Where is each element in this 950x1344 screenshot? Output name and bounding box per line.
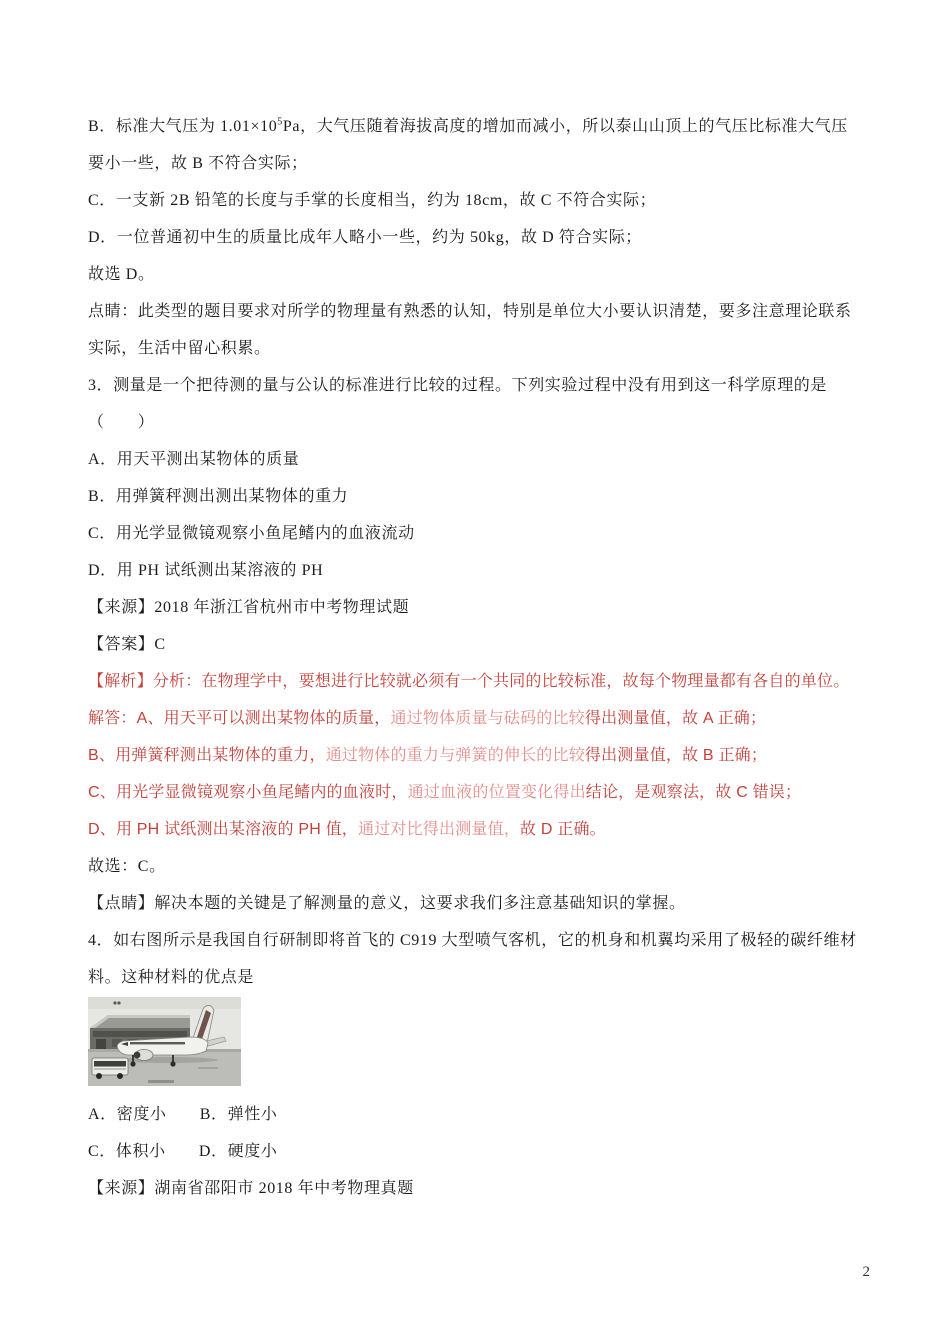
text-line: D．一位普通初中生的质量比成年人略小一些，约为 50kg，故 D 符合实际； [88,219,888,256]
text-line: 4．如右图所示是我国自行研制即将首飞的 C919 大型喷气客机，它的机身和机翼均… [88,922,888,959]
text-segment: 【点睛】解决本题的关键是了解测量的意义，这要求我们多注意基础知识的掌握。 [88,895,686,912]
text-segment: 解答：A、用天平可以测出某物体的质量， [88,710,390,727]
text-segment: A．用天平测出某物体的质量 [88,451,299,468]
c919-airplane-illustration [88,997,241,1086]
text-segment: 4．如右图所示是我国自行研制即将首飞的 C919 大型喷气客机，它的机身和机翼均… [88,932,857,949]
page-number: 2 [863,1264,871,1281]
document-page: B．标准大气压为 1.01×105Pa，大气压随着海拔高度的增加而减小，所以泰山… [0,0,950,1344]
text-line: 实际，生活中留心积累。 [88,330,888,367]
answer-analysis-line: B、用弹簧秤测出某物体的重力，通过物体的重力与弹簧的伸长的比较得出测量值，故 B… [88,737,888,774]
text-line: 故选 D。 [88,256,888,293]
c919-airplane-photo [88,997,241,1086]
text-segment: 要小一些，故 B 不符合实际； [88,155,308,172]
text-segment: 得出测量值，故 A 正确； [585,710,766,727]
text-segment: A．密度小 B．弹性小 [88,1106,277,1123]
text-line: A．用天平测出某物体的质量 [88,441,888,478]
text-line: 料。这种材料的优点是 [88,959,888,996]
text-segment: 【答案】C [88,636,166,653]
text-segment: B．用弹簧秤测出测出某物体的重力 [88,488,348,505]
text-segment: 【解析】分析：在物理学中，要想进行比较就必须有一个共同的比较标准，故每个物理量都… [88,673,849,690]
text-segment: （ ） [88,414,154,431]
text-segment: 结论，是观察法，故 C 错误； [586,784,801,801]
text-line: B．用弹簧秤测出测出某物体的重力 [88,478,888,515]
text-segment: D、用 PH 试纸测出某溶液的 PH 值， [88,821,358,838]
text-segment: C．体积小 D．硬度小 [88,1143,277,1160]
text-segment: C．用光学显微镜观察小鱼尾鳍内的血液流动 [88,525,415,542]
text-line: C．体积小 D．硬度小 [88,1133,888,1170]
text-segment: 【来源】湖南省邵阳市 2018 年中考物理真题 [88,1180,414,1197]
text-segment: C．一支新 2B 铅笔的长度与手掌的长度相当，约为 18cm，故 C 不符合实际… [88,192,656,209]
text-line: 【点睛】解决本题的关键是了解测量的意义，这要求我们多注意基础知识的掌握。 [88,885,888,922]
text-segment: 【来源】2018 年浙江省杭州市中考物理试题 [88,599,409,616]
text-segment: 故 D 正确。 [520,821,606,838]
text-line: A．密度小 B．弹性小 [88,1096,888,1133]
text-segment: 点睛：此类型的题目要求对所学的物理量有熟悉的认知，特别是单位大小要认识清楚，要多… [88,303,852,320]
text-line: C．用光学显微镜观察小鱼尾鳍内的血液流动 [88,515,888,552]
answer-analysis-line: 【解析】分析：在物理学中，要想进行比较就必须有一个共同的比较标准，故每个物理量都… [88,663,888,700]
text-segment: Pa，大气压随着海拔高度的增加而减小，所以泰山山顶上的气压比标准大气压 [283,118,848,135]
text-segment: B．标准大气压为 1.01×10 [88,118,277,135]
text-segment: 故选 D。 [88,266,155,283]
text-block-top: B．标准大气压为 1.01×105Pa，大气压随着海拔高度的增加而减小，所以泰山… [88,108,888,996]
answer-analysis-line: C、用光学显微镜观察小鱼尾鳍内的血液时，通过血液的位置变化得出结论，是观察法，故… [88,774,888,811]
answer-analysis-line: D、用 PH 试纸测出某溶液的 PH 值，通过对比得出测量值，故 D 正确。 [88,811,888,848]
text-segment: 实际，生活中留心积累。 [88,340,271,357]
text-segment: 通过血液的位置变化得出 [408,784,586,801]
text-segment: 得出测量值，故 B 正确； [585,747,767,764]
answer-analysis-line: 解答：A、用天平可以测出某物体的质量，通过物体质量与砝码的比较得出测量值，故 A… [88,700,888,737]
text-line: 故选：C。 [88,848,888,885]
text-line: D．用 PH 试纸测出某溶液的 PH [88,552,888,589]
document-body: B．标准大气压为 1.01×105Pa，大气压随着海拔高度的增加而减小，所以泰山… [88,108,888,1207]
text-line: 点睛：此类型的题目要求对所学的物理量有熟悉的认知，特别是单位大小要认识清楚，要多… [88,293,888,330]
text-segment: 故选：C。 [88,858,166,875]
text-segment: B、用弹簧秤测出某物体的重力， [88,747,326,764]
text-segment: D．用 PH 试纸测出某溶液的 PH [88,562,323,579]
text-segment: D．一位普通初中生的质量比成年人略小一些，约为 50kg，故 D 符合实际； [88,229,642,246]
text-segment: 通过物体的重力与弹簧的伸长的比较 [326,747,585,764]
text-segment: 通过对比得出测量值， [358,821,520,838]
text-line: （ ） [88,404,888,441]
text-line: 【来源】2018 年浙江省杭州市中考物理试题 [88,589,888,626]
text-line: C．一支新 2B 铅笔的长度与手掌的长度相当，约为 18cm，故 C 不符合实际… [88,182,888,219]
text-segment: 3．测量是一个把待测的量与公认的标准进行比较的过程。下列实验过程中没有用到这一科… [88,377,827,394]
text-line: B．标准大气压为 1.01×105Pa，大气压随着海拔高度的增加而减小，所以泰山… [88,108,888,145]
text-line: 3．测量是一个把待测的量与公认的标准进行比较的过程。下列实验过程中没有用到这一科… [88,367,888,404]
text-line: 【答案】C [88,626,888,663]
text-block-bottom: A．密度小 B．弹性小C．体积小 D．硬度小【来源】湖南省邵阳市 2018 年中… [88,1096,888,1207]
text-line: 【来源】湖南省邵阳市 2018 年中考物理真题 [88,1170,888,1207]
text-segment: 通过物体质量与砝码的比较 [390,710,584,727]
text-segment: C、用光学显微镜观察小鱼尾鳍内的血液时， [88,784,408,801]
text-segment: 料。这种材料的优点是 [88,969,254,986]
text-line: 要小一些，故 B 不符合实际； [88,145,888,182]
